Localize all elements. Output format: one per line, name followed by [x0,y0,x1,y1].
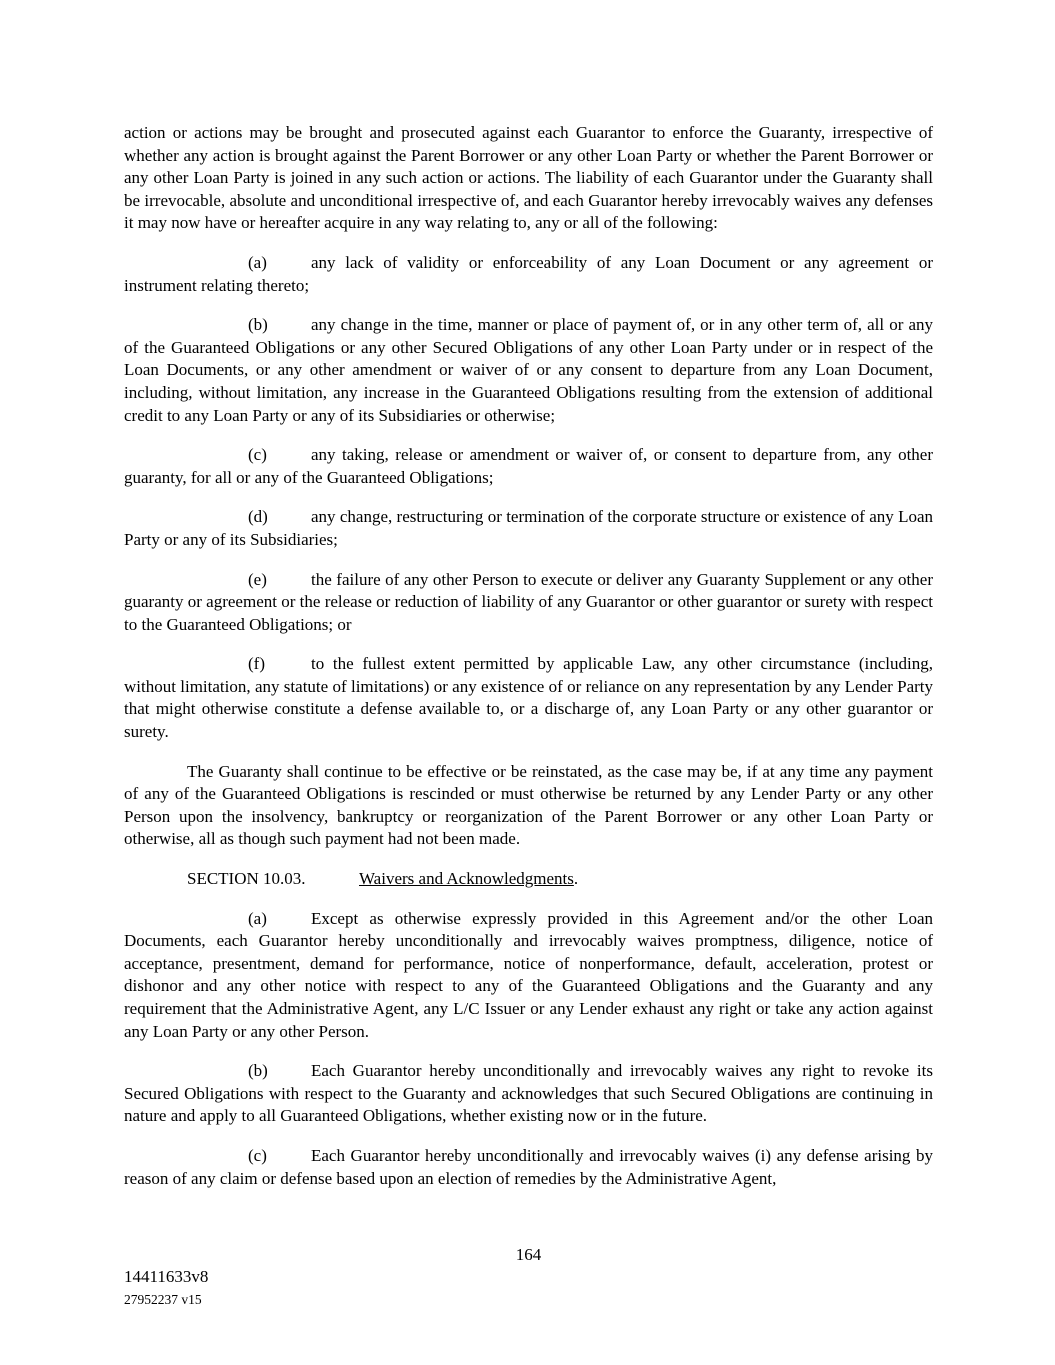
paragraph-waiver-a: (a)Except as otherwise expressly provide… [124,908,933,1044]
paragraph-text: any lack of validity or enforceability o… [124,253,933,295]
paragraph-label: (b) [248,314,311,337]
paragraph-item-d: (d)any change, restructuring or terminat… [124,506,933,551]
paragraph-label: (e) [248,569,311,592]
paragraph-label: (d) [248,506,311,529]
document-id-secondary: 27952237 v15 [124,1289,202,1312]
document-body: action or actions may be brought and pro… [124,122,933,1207]
paragraph-item-a: (a)any lack of validity or enforceabilit… [124,252,933,297]
paragraph-text: any change in the time, manner or place … [124,315,933,424]
paragraph-waiver-b: (b)Each Guarantor hereby unconditionally… [124,1060,933,1128]
paragraph-text: any change, restructuring or termination… [124,507,933,549]
paragraph-text: Each Guarantor hereby unconditionally an… [124,1146,933,1188]
paragraph-label: (f) [248,653,311,676]
paragraph-guaranty-reinstated: The Guaranty shall continue to be effect… [124,761,933,851]
paragraph-item-f: (f)to the fullest extent permitted by ap… [124,653,933,743]
section-number: SECTION 10.03. [187,868,359,891]
paragraph-text: action or actions may be brought and pro… [124,123,933,232]
paragraph-text: Each Guarantor hereby unconditionally an… [124,1061,933,1125]
section-heading: SECTION 10.03.Waivers and Acknowledgment… [124,868,933,891]
document-id-primary: 14411633v8 [124,1266,208,1289]
paragraph-text: to the fullest extent permitted by appli… [124,654,933,741]
paragraph-item-b: (b)any change in the time, manner or pla… [124,314,933,427]
paragraph-text: The Guaranty shall continue to be effect… [124,762,933,849]
document-page: action or actions may be brought and pro… [0,0,1055,1365]
paragraph-label: (c) [248,444,311,467]
paragraph-waiver-c: (c)Each Guarantor hereby unconditionally… [124,1145,933,1190]
page-number: 164 [124,1244,933,1267]
paragraph-text: any taking, release or amendment or waiv… [124,445,933,487]
paragraph-label: (a) [248,908,311,931]
section-title: Waivers and Acknowledgments [359,869,574,888]
paragraph-label: (b) [248,1060,311,1083]
paragraph-text: the failure of any other Person to execu… [124,570,933,634]
paragraph-continuation: action or actions may be brought and pro… [124,122,933,235]
paragraph-text: Except as otherwise expressly provided i… [124,909,933,1041]
section-title-period: . [574,869,578,888]
paragraph-item-e: (e)the failure of any other Person to ex… [124,569,933,637]
paragraph-item-c: (c)any taking, release or amendment or w… [124,444,933,489]
paragraph-label: (a) [248,252,311,275]
paragraph-label: (c) [248,1145,311,1168]
